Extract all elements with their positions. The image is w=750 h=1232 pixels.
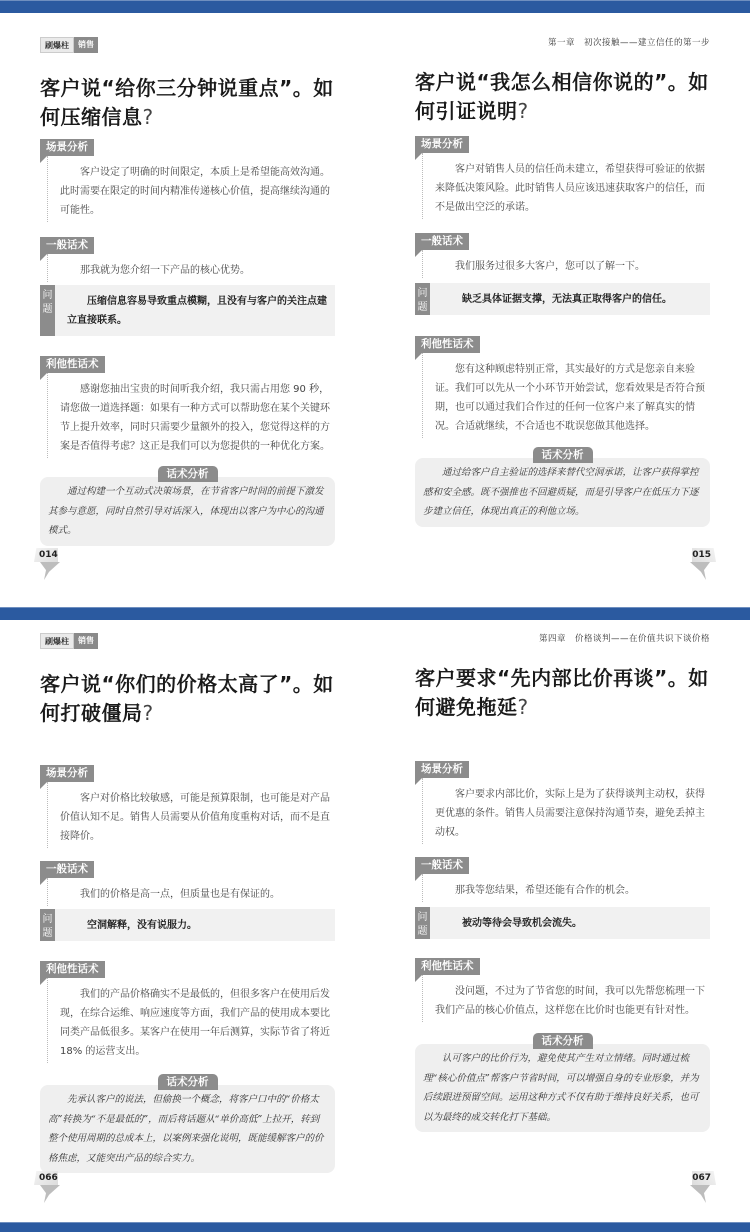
general-script-tag: 一般话术 <box>40 237 94 254</box>
problem-box: 问题 压缩信息容易导致重点模糊，且没有与客户的关注点建立直接联系。 <box>40 285 335 336</box>
scene-analysis-text: 客户要求内部比价，实际上是为了获得谈判主动权，获得更优惠的条件。销售人员需要注意… <box>422 778 710 844</box>
altruistic-script-tag: 利他性话术 <box>40 356 105 373</box>
scene-analysis-section: 场景分析 客户对销售人员的信任尚未建立，希望获得可验证的依据来降低决策风险。此时… <box>415 132 710 219</box>
logo-part1: 刷爆柱 <box>40 633 74 649</box>
middle-band <box>0 607 750 620</box>
chapter-header: 第四章 价格谈判——在价值共识下谈价格 <box>539 632 710 644</box>
chapter-header: 第一章 初次接触——建立信任的第一步 <box>548 36 710 48</box>
altruistic-script-text: 没问题，不过为了节省您的时间，我可以先帮您梳理一下我们产品的核心价值点，这样您在… <box>422 975 710 1022</box>
general-script-section: 一般话术 那我等您结果，希望还能有合作的机会。 <box>415 853 710 902</box>
page-arrow-icon <box>690 1185 710 1203</box>
altruistic-script-section: 利他性话术 没问题，不过为了节省您的时间，我可以先帮您梳理一下我们产品的核心价值… <box>415 954 710 1022</box>
problem-box: 问题 缺乏具体证据支撑，无法真正取得客户的信任。 <box>415 283 710 315</box>
script-analysis-box: 话术分析 先承认客户的说法，但偷换一个概念，将客户口中的“价格太高”转换为“不是… <box>40 1070 335 1173</box>
altruistic-script-text: 您有这种顾虑特别正常，其实最好的方式是您亲自来验证。我们可以先从一个小环节开始尝… <box>422 353 710 438</box>
script-analysis-tag: 话术分析 <box>533 1033 593 1049</box>
general-script-tag: 一般话术 <box>415 857 469 874</box>
problem-text: 被动等待会导致机会流失。 <box>430 907 588 939</box>
problem-label: 问题 <box>40 909 55 941</box>
page-number: 066 <box>34 1171 64 1211</box>
page-title: 客户说“我怎么相信你说的”。如何引证说明? <box>415 68 715 126</box>
altruistic-script-section: 利他性话术 感谢您抽出宝贵的时间听我介绍，我只需占用您 90 秒，请您做一道选择… <box>40 352 335 458</box>
scene-analysis-text: 客户设定了明确的时间限定，本质上是希望能高效沟通。此时需要在限定的时间内精准传递… <box>47 156 335 222</box>
script-analysis-tag: 话术分析 <box>158 1074 218 1090</box>
script-analysis-box: 话术分析 通过给客户自主验证的选择来替代空洞承诺，让客户获得掌控感和安全感。既不… <box>415 443 710 527</box>
altruistic-script-section: 利他性话术 您有这种顾虑特别正常，其实最好的方式是您亲自来验证。我们可以先从一个… <box>415 332 710 438</box>
script-analysis-text: 通过构建一个互动式决策场景，在节省客户时间的前提下激发其参与意愿，同时自然引导对… <box>40 477 335 546</box>
general-script-text: 那我就为您介绍一下产品的核心优势。 <box>47 254 335 282</box>
page-number: 014 <box>34 548 64 588</box>
page-066: 刷爆柱 销售 客户说“你们的价格太高了”。如何打破僵局? 场景分析 客户对价格比… <box>0 620 375 1220</box>
page-title: 客户说“你们的价格太高了”。如何打破僵局? <box>40 670 340 728</box>
general-script-section: 一般话术 我们的价格是高一点，但质量也是有保证的。 <box>40 857 335 906</box>
problem-label: 问题 <box>415 283 430 315</box>
page-title: 客户要求“先内部比价再谈”。如何避免拖延? <box>415 664 715 722</box>
altruistic-script-text: 我们的产品价格确实不是最低的，但很多客户在使用后发现，在综合运维、响应速度等方面… <box>47 978 335 1063</box>
general-script-text: 我们服务过很多大客户，您可以了解一下。 <box>422 250 710 278</box>
spread-2: 刷爆柱 销售 客户说“你们的价格太高了”。如何打破僵局? 场景分析 客户对价格比… <box>0 620 750 1220</box>
book-logo: 刷爆柱 销售 <box>40 36 98 54</box>
page-015: 第一章 初次接触——建立信任的第一步 客户说“我怎么相信你说的”。如何引证说明?… <box>375 0 750 600</box>
altruistic-script-section: 利他性话术 我们的产品价格确实不是最低的，但很多客户在使用后发现，在综合运维、响… <box>40 957 335 1063</box>
scene-analysis-section: 场景分析 客户对价格比较敏感，可能是预算限制，也可能是对产品价值认知不足。销售人… <box>40 761 335 848</box>
altruistic-script-tag: 利他性话术 <box>415 336 480 353</box>
scene-analysis-text: 客户对价格比较敏感，可能是预算限制，也可能是对产品价值认知不足。销售人员需要从价… <box>47 782 335 848</box>
page-arrow-icon <box>40 562 60 580</box>
logo-part2: 销售 <box>74 633 98 649</box>
scene-analysis-section: 场景分析 客户设定了明确的时间限定，本质上是希望能高效沟通。此时需要在限定的时间… <box>40 135 335 222</box>
altruistic-script-text: 感谢您抽出宝贵的时间听我介绍，我只需占用您 90 秒，请您做一道选择题：如果有一… <box>47 373 335 458</box>
general-script-tag: 一般话术 <box>40 861 94 878</box>
scene-analysis-tag: 场景分析 <box>40 139 94 156</box>
logo-part1: 刷爆柱 <box>40 37 74 53</box>
page-arrow-icon <box>40 1185 60 1203</box>
general-script-section: 一般话术 我们服务过很多大客户，您可以了解一下。 <box>415 229 710 278</box>
altruistic-script-tag: 利他性话术 <box>415 958 480 975</box>
problem-text: 空洞解释，没有说服力。 <box>55 909 203 941</box>
script-analysis-tag: 话术分析 <box>533 447 593 463</box>
script-analysis-tag: 话术分析 <box>158 466 218 482</box>
problem-box: 问题 空洞解释，没有说服力。 <box>40 909 335 941</box>
bottom-band <box>0 1222 750 1232</box>
page-014: 刷爆柱 销售 客户说“给你三分钟说重点”。如何压缩信息? 场景分析 客户设定了明… <box>0 0 375 600</box>
script-analysis-text: 先承认客户的说法，但偷换一个概念，将客户口中的“价格太高”转换为“不是最低的”，… <box>40 1085 335 1173</box>
scene-analysis-tag: 场景分析 <box>415 136 469 153</box>
general-script-text: 我们的价格是高一点，但质量也是有保证的。 <box>47 878 335 906</box>
general-script-section: 一般话术 那我就为您介绍一下产品的核心优势。 <box>40 233 335 282</box>
page-067: 第四章 价格谈判——在价值共识下谈价格 客户要求“先内部比价再谈”。如何避免拖延… <box>375 620 750 1220</box>
scene-analysis-tag: 场景分析 <box>40 765 94 782</box>
script-analysis-text: 通过给客户自主验证的选择来替代空洞承诺，让客户获得掌控感和安全感。既不强推也不回… <box>415 458 710 527</box>
script-analysis-box: 话术分析 认可客户的比价行为，避免使其产生对立情绪。同时通过梳理“核心价值点”帮… <box>415 1029 710 1132</box>
problem-text: 压缩信息容易导致重点模糊，且没有与客户的关注点建立直接联系。 <box>55 285 335 336</box>
scene-analysis-text: 客户对销售人员的信任尚未建立，希望获得可验证的依据来降低决策风险。此时销售人员应… <box>422 153 710 219</box>
page-number: 015 <box>686 548 716 588</box>
problem-box: 问题 被动等待会导致机会流失。 <box>415 907 710 939</box>
scene-analysis-tag: 场景分析 <box>415 761 469 778</box>
page-title: 客户说“给你三分钟说重点”。如何压缩信息? <box>40 74 340 132</box>
problem-label: 问题 <box>40 285 55 336</box>
scene-analysis-section: 场景分析 客户要求内部比价，实际上是为了获得谈判主动权，获得更优惠的条件。销售人… <box>415 757 710 844</box>
problem-label: 问题 <box>415 907 430 939</box>
general-script-tag: 一般话术 <box>415 233 469 250</box>
page-number: 067 <box>686 1171 716 1211</box>
problem-text: 缺乏具体证据支撑，无法真正取得客户的信任。 <box>430 283 678 315</box>
altruistic-script-tag: 利他性话术 <box>40 961 105 978</box>
script-analysis-box: 话术分析 通过构建一个互动式决策场景，在节省客户时间的前提下激发其参与意愿，同时… <box>40 462 335 546</box>
spread-1: 刷爆柱 销售 客户说“给你三分钟说重点”。如何压缩信息? 场景分析 客户设定了明… <box>0 0 750 600</box>
logo-part2: 销售 <box>74 37 98 53</box>
book-logo: 刷爆柱 销售 <box>40 632 98 650</box>
page-arrow-icon <box>690 562 710 580</box>
general-script-text: 那我等您结果，希望还能有合作的机会。 <box>422 874 710 902</box>
script-analysis-text: 认可客户的比价行为，避免使其产生对立情绪。同时通过梳理“核心价值点”帮客户节省时… <box>415 1044 710 1132</box>
